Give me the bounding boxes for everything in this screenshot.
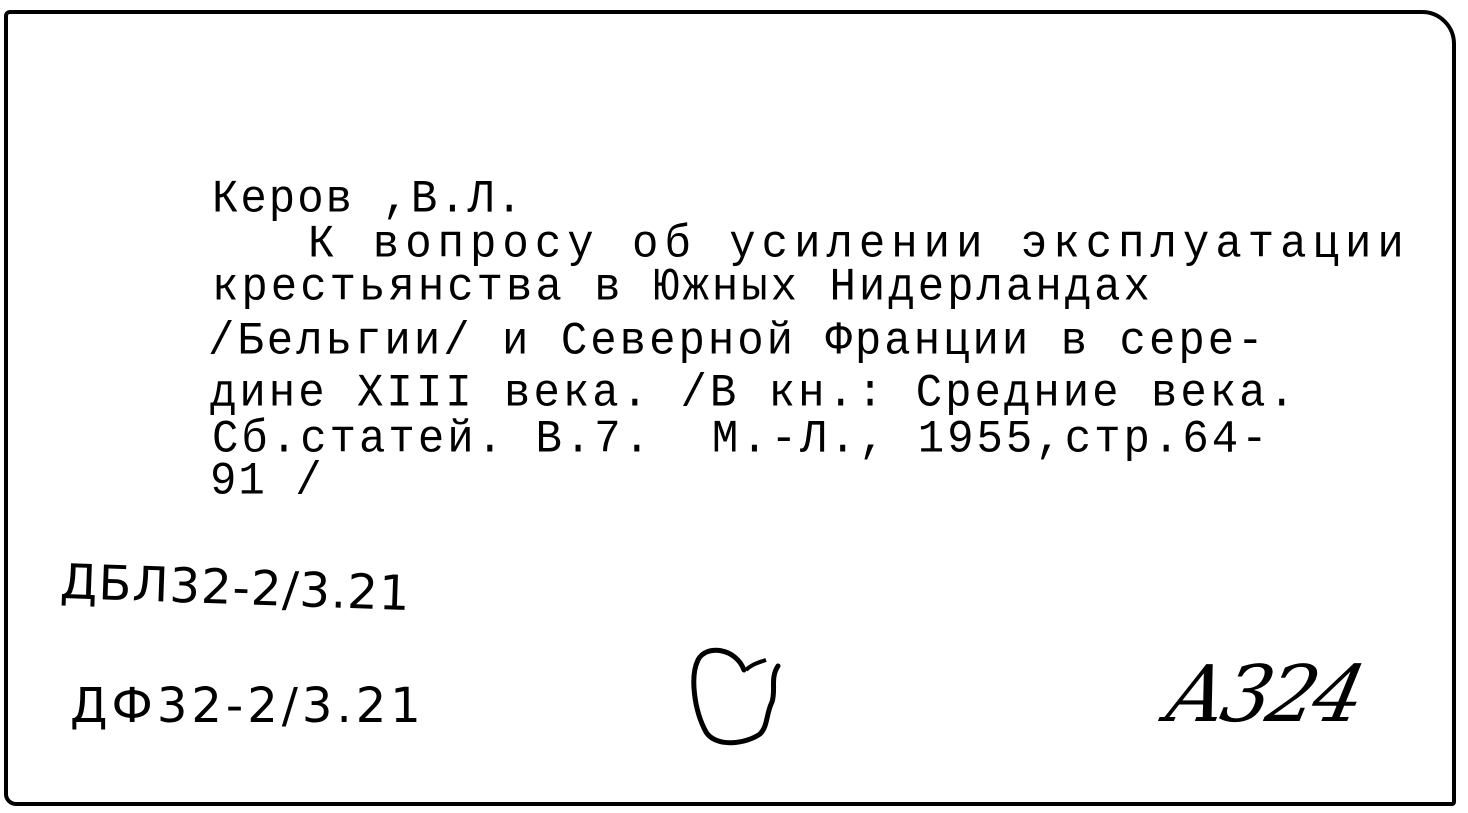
shelfmark-2: ДФ32-2/3.21: [70, 678, 425, 734]
pages-line: 91 /: [210, 462, 324, 502]
author-line: Керов ,В.Л.: [212, 180, 524, 220]
title-line-1: К вопросу об усилении эксплуатации: [308, 225, 1410, 265]
inventory-number: А324: [1158, 650, 1369, 740]
title-line-3: /Бельгии/ и Северной Франции в сере-: [208, 322, 1267, 362]
source-line: Сб.статей. В.7. М.-Л., 1955,стр.64-: [212, 420, 1271, 460]
title-line-2: крестьянства в Южных Нидерландах: [212, 268, 1153, 308]
title-line-4: дине XIII века. /В кн.: Средние века.: [210, 374, 1298, 414]
stamp-mark-icon: [686, 640, 782, 750]
